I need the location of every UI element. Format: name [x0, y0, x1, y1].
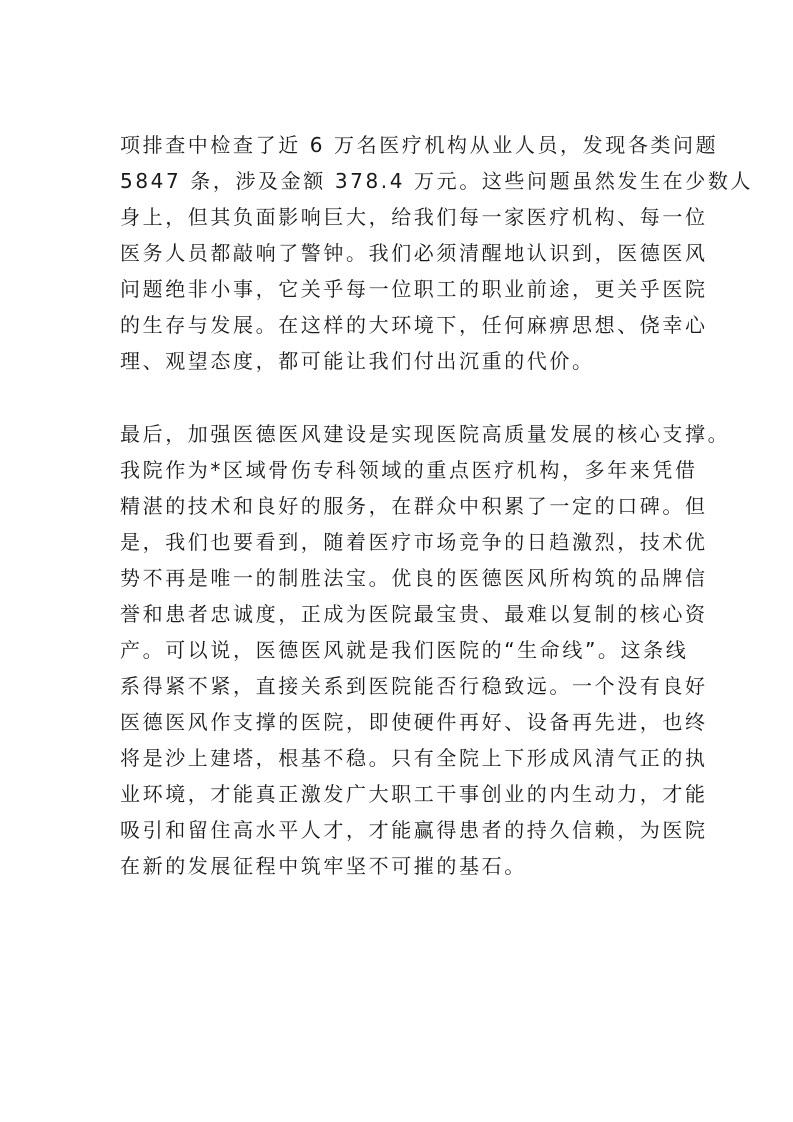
text-line: 理、观望态度，都可能让我们付出沉重的代价。 — [120, 343, 690, 379]
text-line: 5847 条，涉及金额 378.4 万元。这些问题虽然发生在少数人 — [120, 163, 690, 199]
text-line: 将是沙上建塔，根基不稳。只有全院上下形成风清气正的执 — [120, 740, 690, 776]
text-line: 在新的发展征程中筑牢坚不可摧的基石。 — [120, 848, 690, 884]
paragraph-spacer — [120, 379, 690, 416]
document-body: 项排查中检查了近 6 万名医疗机构从业人员，发现各类问题 5847 条，涉及金额… — [120, 127, 690, 884]
text-line: 我院作为*区域骨伤专科领域的重点医疗机构，多年来凭借 — [120, 452, 690, 488]
text-line: 系得紧不紧，直接关系到医院能否行稳致远。一个没有良好 — [120, 668, 690, 704]
paragraph-2: 最后，加强医德医风建设是实现医院高质量发展的核心支撑。 我院作为*区域骨伤专科领… — [120, 416, 690, 884]
text-line: 医务人员都敲响了警钟。我们必须清醒地认识到，医德医风 — [120, 235, 690, 271]
text-line: 问题绝非小事，它关乎每一位职工的职业前途，更关乎医院 — [120, 271, 690, 307]
text-line: 吸引和留住高水平人才，才能赢得患者的持久信赖，为医院 — [120, 812, 690, 848]
text-line: 誉和患者忠诚度，正成为医院最宝贵、最难以复制的核心资 — [120, 596, 690, 632]
text-line: 业环境，才能真正激发广大职工干事创业的内生动力，才能 — [120, 776, 690, 812]
text-line: 产。可以说，医德医风就是我们医院的“生命线”。这条线 — [120, 632, 690, 668]
text-line: 精湛的技术和良好的服务，在群众中积累了一定的口碑。但 — [120, 488, 690, 524]
text-line: 项排查中检查了近 6 万名医疗机构从业人员，发现各类问题 — [120, 127, 690, 163]
text-line: 是，我们也要看到，随着医疗市场竞争的日趋激烈，技术优 — [120, 524, 690, 560]
document-page: 项排查中检查了近 6 万名医疗机构从业人员，发现各类问题 5847 条，涉及金额… — [0, 0, 793, 1122]
text-line: 的生存与发展。在这样的大环境下，任何麻痹思想、侥幸心 — [120, 307, 690, 343]
text-line: 身上，但其负面影响巨大，给我们每一家医疗机构、每一位 — [120, 199, 690, 235]
text-line: 医德医风作支撑的医院，即使硬件再好、设备再先进，也终 — [120, 704, 690, 740]
text-line: 势不再是唯一的制胜法宝。优良的医德医风所构筑的品牌信 — [120, 560, 690, 596]
paragraph-1: 项排查中检查了近 6 万名医疗机构从业人员，发现各类问题 5847 条，涉及金额… — [120, 127, 690, 379]
text-line: 最后，加强医德医风建设是实现医院高质量发展的核心支撑。 — [120, 416, 690, 452]
